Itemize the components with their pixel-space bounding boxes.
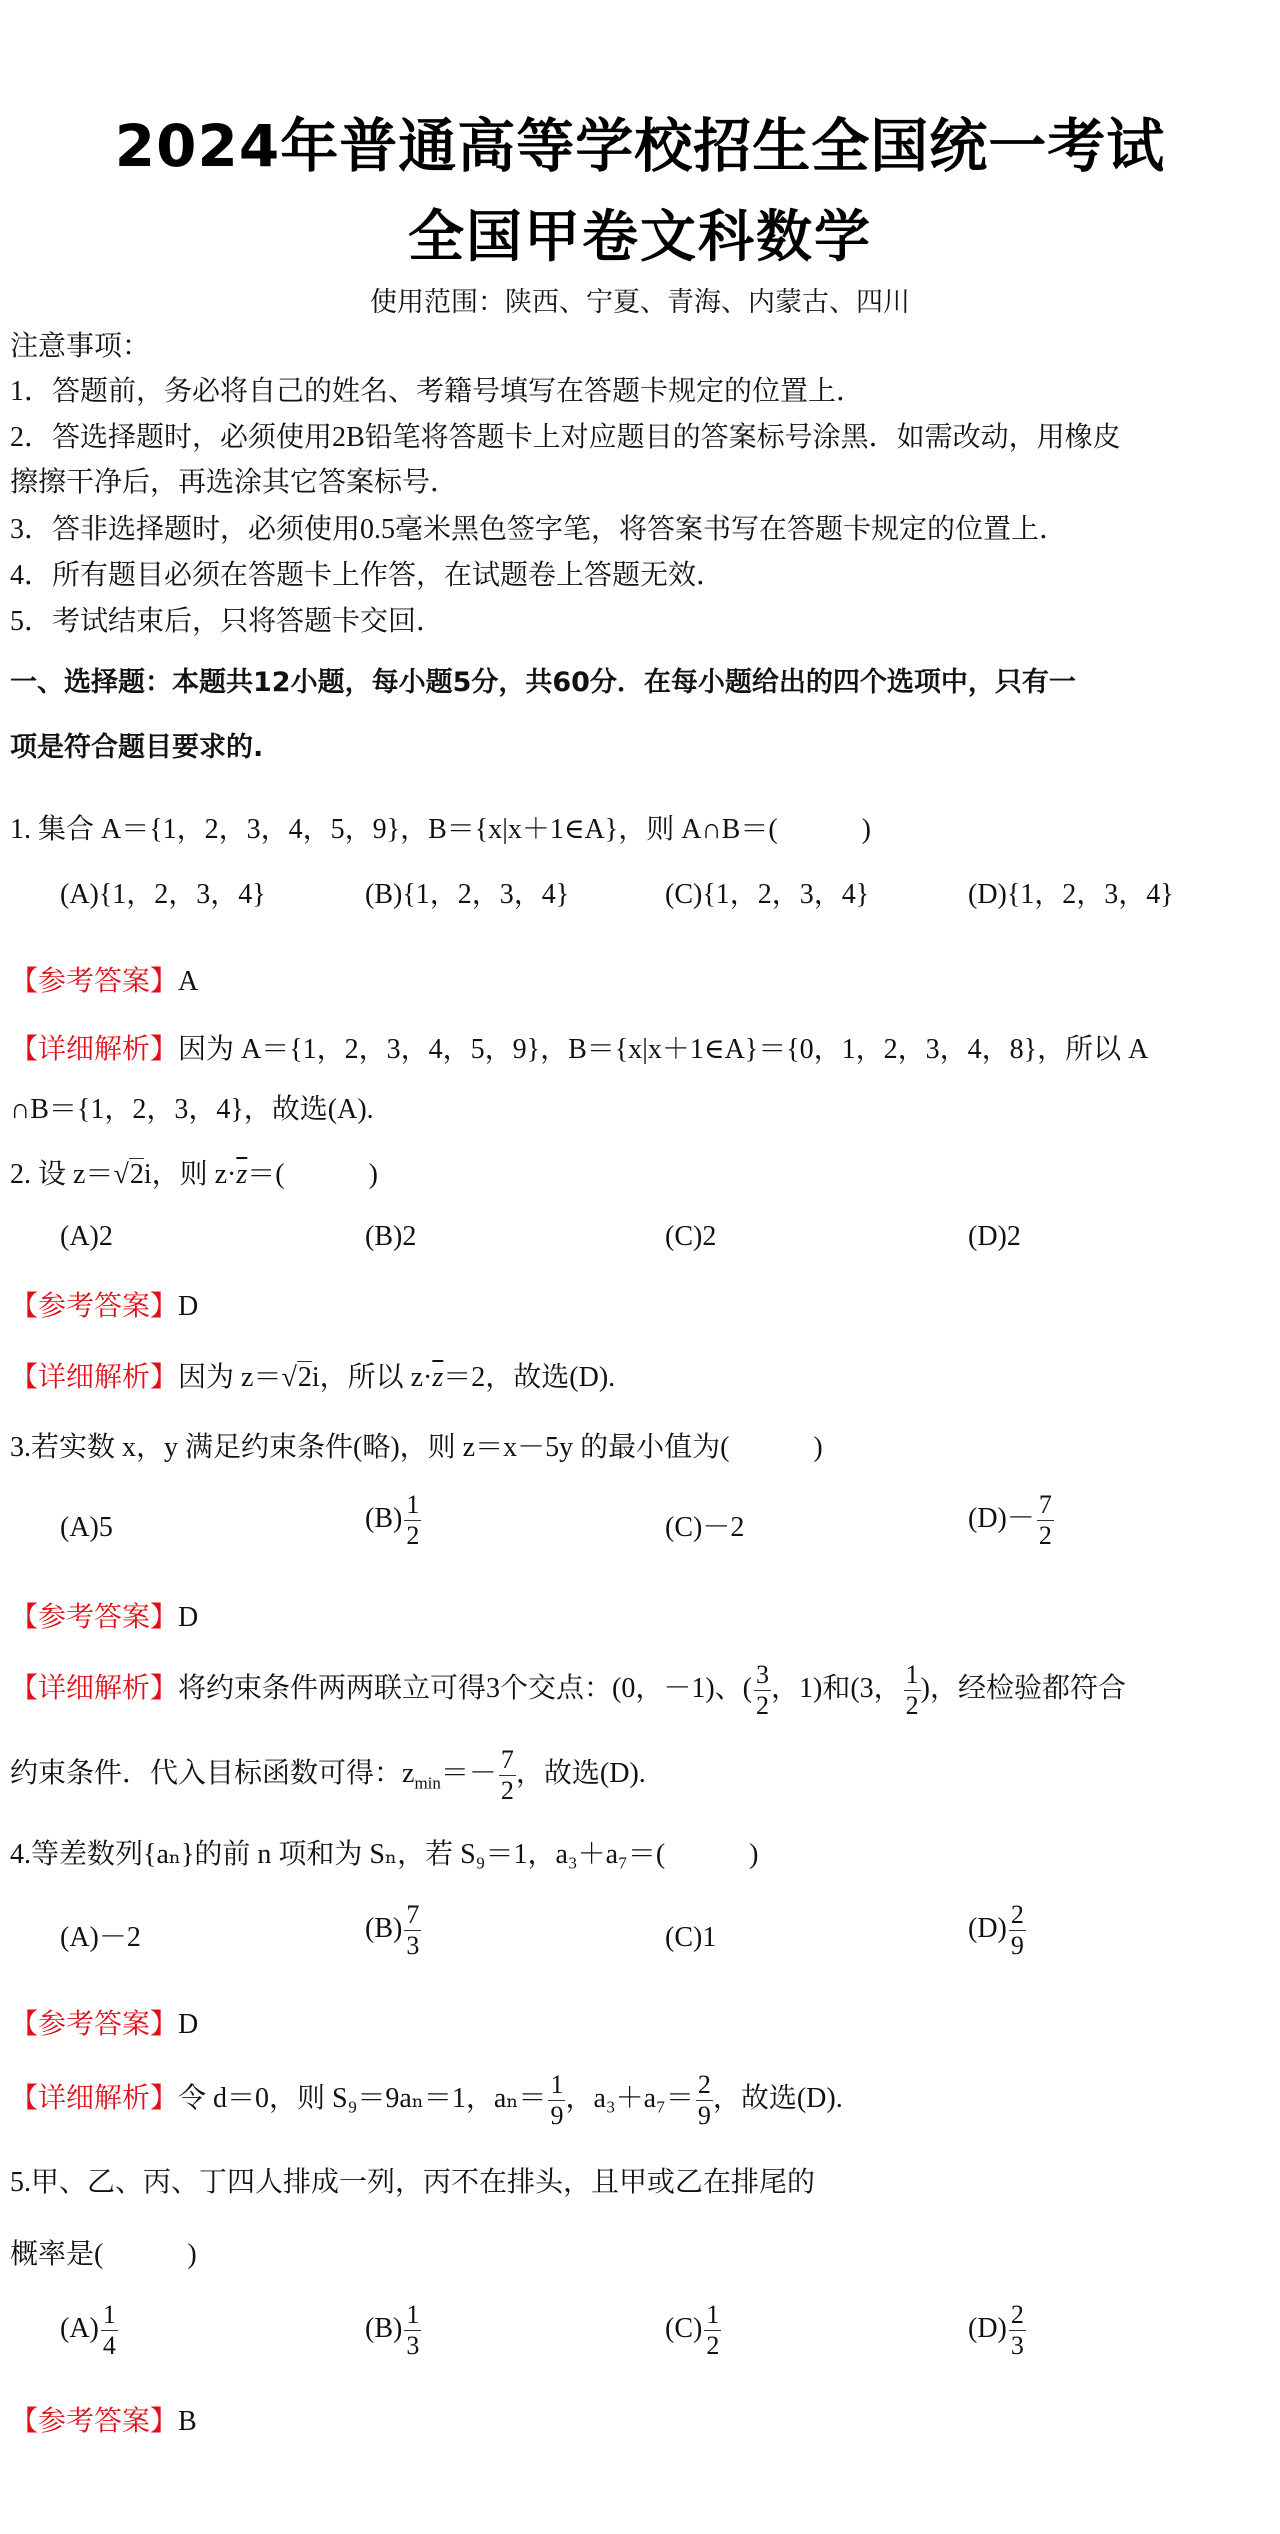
question-number: 1. xyxy=(10,814,31,845)
q3-answer: 【参考答案】D xyxy=(10,1598,198,1638)
question-number: 4. xyxy=(10,1839,31,1870)
q3-analysis-continued: 约束条件．代入目标函数可得：zmin＝－72，故选(D). xyxy=(10,1745,646,1806)
notice-item-5: 5．考试结束后，只将答题卡交回． xyxy=(10,602,444,642)
answer-tag: 【参考答案】 xyxy=(10,966,178,997)
q1-option-b: (B){1，2，3，4} xyxy=(365,875,569,915)
q3-option-a: (A)5 xyxy=(60,1508,113,1548)
question-number: 5. xyxy=(10,2167,31,2198)
analysis-tag: 【详细解析】 xyxy=(10,1362,178,1393)
fraction: 72 xyxy=(499,1745,516,1806)
answer-tag: 【参考答案】 xyxy=(10,2406,178,2437)
q1-option-d: (D){1，2，3，4} xyxy=(968,875,1174,915)
fraction: 13 xyxy=(404,2300,421,2361)
answer-tag: 【参考答案】 xyxy=(10,1291,178,1322)
conjugate-z: z xyxy=(236,1159,247,1190)
notice-item-3: 3．答非选择题时，必须使用0.5毫米黑色签字笔，将答案书写在答题卡规定的位置上． xyxy=(10,510,1067,550)
sqrt-symbol: √2 xyxy=(281,1358,311,1398)
fraction: 19 xyxy=(548,2070,565,2131)
q1-option-c: (C){1，2，3，4} xyxy=(665,875,869,915)
q2-analysis: 【详细解析】因为 z＝√2i，所以 z·z＝2，故选(D). xyxy=(10,1358,615,1398)
question-stem: 集合 A＝{1，2，3，4，5，9}，B＝{x|x＋1∈A}，则 A∩B＝( ) xyxy=(38,814,871,845)
page-subtitle: 全国甲卷文科数学 xyxy=(0,205,1280,271)
sqrt-symbol: √2 xyxy=(113,1155,143,1195)
analysis-tag: 【详细解析】 xyxy=(10,1673,178,1704)
q5-option-c: (C)12 xyxy=(665,2300,721,2361)
q4-option-b: (B)73 xyxy=(365,1900,421,1961)
question-3: 3.若实数 x，y 满足约束条件(略)，则 z＝x－5y 的最小值为( ) xyxy=(10,1428,823,1468)
q1-option-a: (A){1，2，3，4} xyxy=(60,875,266,915)
answer-tag: 【参考答案】 xyxy=(10,2009,178,2040)
notice-item-4: 4．所有题目必须在答题卡上作答，在试题卷上答题无效． xyxy=(10,556,724,596)
fraction: 73 xyxy=(404,1900,421,1961)
q1-analysis: 【详细解析】因为 A＝{1，2，3，4，5，9}，B＝{x|x＋1∈A}＝{0，… xyxy=(10,1030,1148,1070)
question-stem: 等差数列{aₙ}的前 n 项和为 Sₙ，若 S₉＝1，a₃＋a₇＝( ) xyxy=(31,1839,758,1870)
fraction: 12 xyxy=(404,1490,421,1551)
question-5: 5.甲、乙、丙、丁四人排成一列，丙不在排头，且甲或乙在排尾的 xyxy=(10,2163,815,2203)
fraction: 23 xyxy=(1009,2300,1026,2361)
q2-answer: 【参考答案】D xyxy=(10,1287,198,1327)
q4-answer: 【参考答案】D xyxy=(10,2005,198,2045)
analysis-tag: 【详细解析】 xyxy=(10,2083,178,2114)
q5-option-d: (D)23 xyxy=(968,2300,1026,2361)
question-stem-prefix: 设 z＝ xyxy=(38,1159,113,1190)
notice-heading: 注意事项： xyxy=(10,327,150,367)
notice-item-1: 1．答题前，务必将自己的姓名、考籍号填写在答题卡规定的位置上． xyxy=(10,372,864,412)
notice-item-2-continued: 擦擦干净后，再选涂其它答案标号． xyxy=(10,463,458,503)
q3-option-d: (D)－72 xyxy=(968,1490,1054,1551)
fraction: 29 xyxy=(1009,1900,1026,1961)
q4-option-d: (D)29 xyxy=(968,1900,1026,1961)
usage-scope: 使用范围：陕西、宁夏、青海、内蒙古、四川 xyxy=(0,283,1280,321)
q2-option-b: (B)2 xyxy=(365,1217,416,1257)
section-heading: 一、选择题：本题共12小题，每小题5分，共60分．在每小题给出的四个选项中，只有… xyxy=(10,663,1076,703)
q4-option-c: (C)1 xyxy=(665,1918,716,1958)
page-title: 2024年普通高等学校招生全国统一考试 xyxy=(0,112,1280,180)
fraction: 32 xyxy=(754,1660,771,1721)
answer-value: D xyxy=(178,1602,198,1633)
question-number: 3. xyxy=(10,1432,31,1463)
q1-analysis-continued: ∩B＝{1，2，3，4}，故选(A). xyxy=(10,1090,374,1130)
question-1: 1. 集合 A＝{1，2，3，4，5，9}，B＝{x|x＋1∈A}，则 A∩B＝… xyxy=(10,810,871,850)
q3-option-b: (B)12 xyxy=(365,1490,421,1551)
question-5-continued: 概率是( ) xyxy=(10,2235,197,2275)
fraction: 14 xyxy=(101,2300,118,2361)
analysis-tag: 【详细解析】 xyxy=(10,1034,178,1065)
section-heading-continued: 项是符合题目要求的. xyxy=(10,728,263,768)
q5-option-b: (B)13 xyxy=(365,2300,421,2361)
question-stem: 甲、乙、丙、丁四人排成一列，丙不在排头，且甲或乙在排尾的 xyxy=(31,2167,815,2198)
fraction: 12 xyxy=(904,1660,921,1721)
q2-option-a: (A)2 xyxy=(60,1217,113,1257)
fraction: 29 xyxy=(696,2070,713,2131)
answer-value: D xyxy=(178,1291,198,1322)
q5-answer: 【参考答案】B xyxy=(10,2402,197,2442)
q3-analysis: 【详细解析】将约束条件两两联立可得3个交点：(0，－1)、(32，1)和(3，1… xyxy=(10,1660,1126,1721)
q1-answer: 【参考答案】A xyxy=(10,962,198,1002)
question-2: 2. 设 z＝√2i，则 z·z＝( ) xyxy=(10,1155,378,1195)
answer-value: D xyxy=(178,2009,198,2040)
q2-option-d: (D)2 xyxy=(968,1217,1021,1257)
q3-option-c: (C)－2 xyxy=(665,1508,744,1548)
fraction: 12 xyxy=(704,2300,721,2361)
answer-tag: 【参考答案】 xyxy=(10,1602,178,1633)
q4-option-a: (A)－2 xyxy=(60,1918,141,1958)
question-4: 4.等差数列{aₙ}的前 n 项和为 Sₙ，若 S₉＝1，a₃＋a₇＝( ) xyxy=(10,1835,758,1875)
question-number: 2. xyxy=(10,1159,31,1190)
analysis-text: 因为 A＝{1，2，3，4，5，9}，B＝{x|x＋1∈A}＝{0，1，2，3，… xyxy=(178,1034,1148,1065)
fraction: 72 xyxy=(1037,1490,1054,1551)
answer-value: A xyxy=(178,966,198,997)
q5-option-a: (A)14 xyxy=(60,2300,118,2361)
notice-item-2: 2．答选择题时，必须使用2B铅笔将答题卡上对应题目的答案标号涂黑．如需改动，用橡… xyxy=(10,418,1121,458)
q4-analysis: 【详细解析】令 d＝0，则 S₉＝9aₙ＝1，aₙ＝19，a₃＋a₇＝29，故选… xyxy=(10,2070,843,2131)
q2-option-c: (C)2 xyxy=(665,1217,716,1257)
conjugate-z: z xyxy=(432,1362,443,1393)
question-stem: 若实数 x，y 满足约束条件(略)，则 z＝x－5y 的最小值为( ) xyxy=(31,1432,823,1463)
answer-value: B xyxy=(178,2406,197,2437)
